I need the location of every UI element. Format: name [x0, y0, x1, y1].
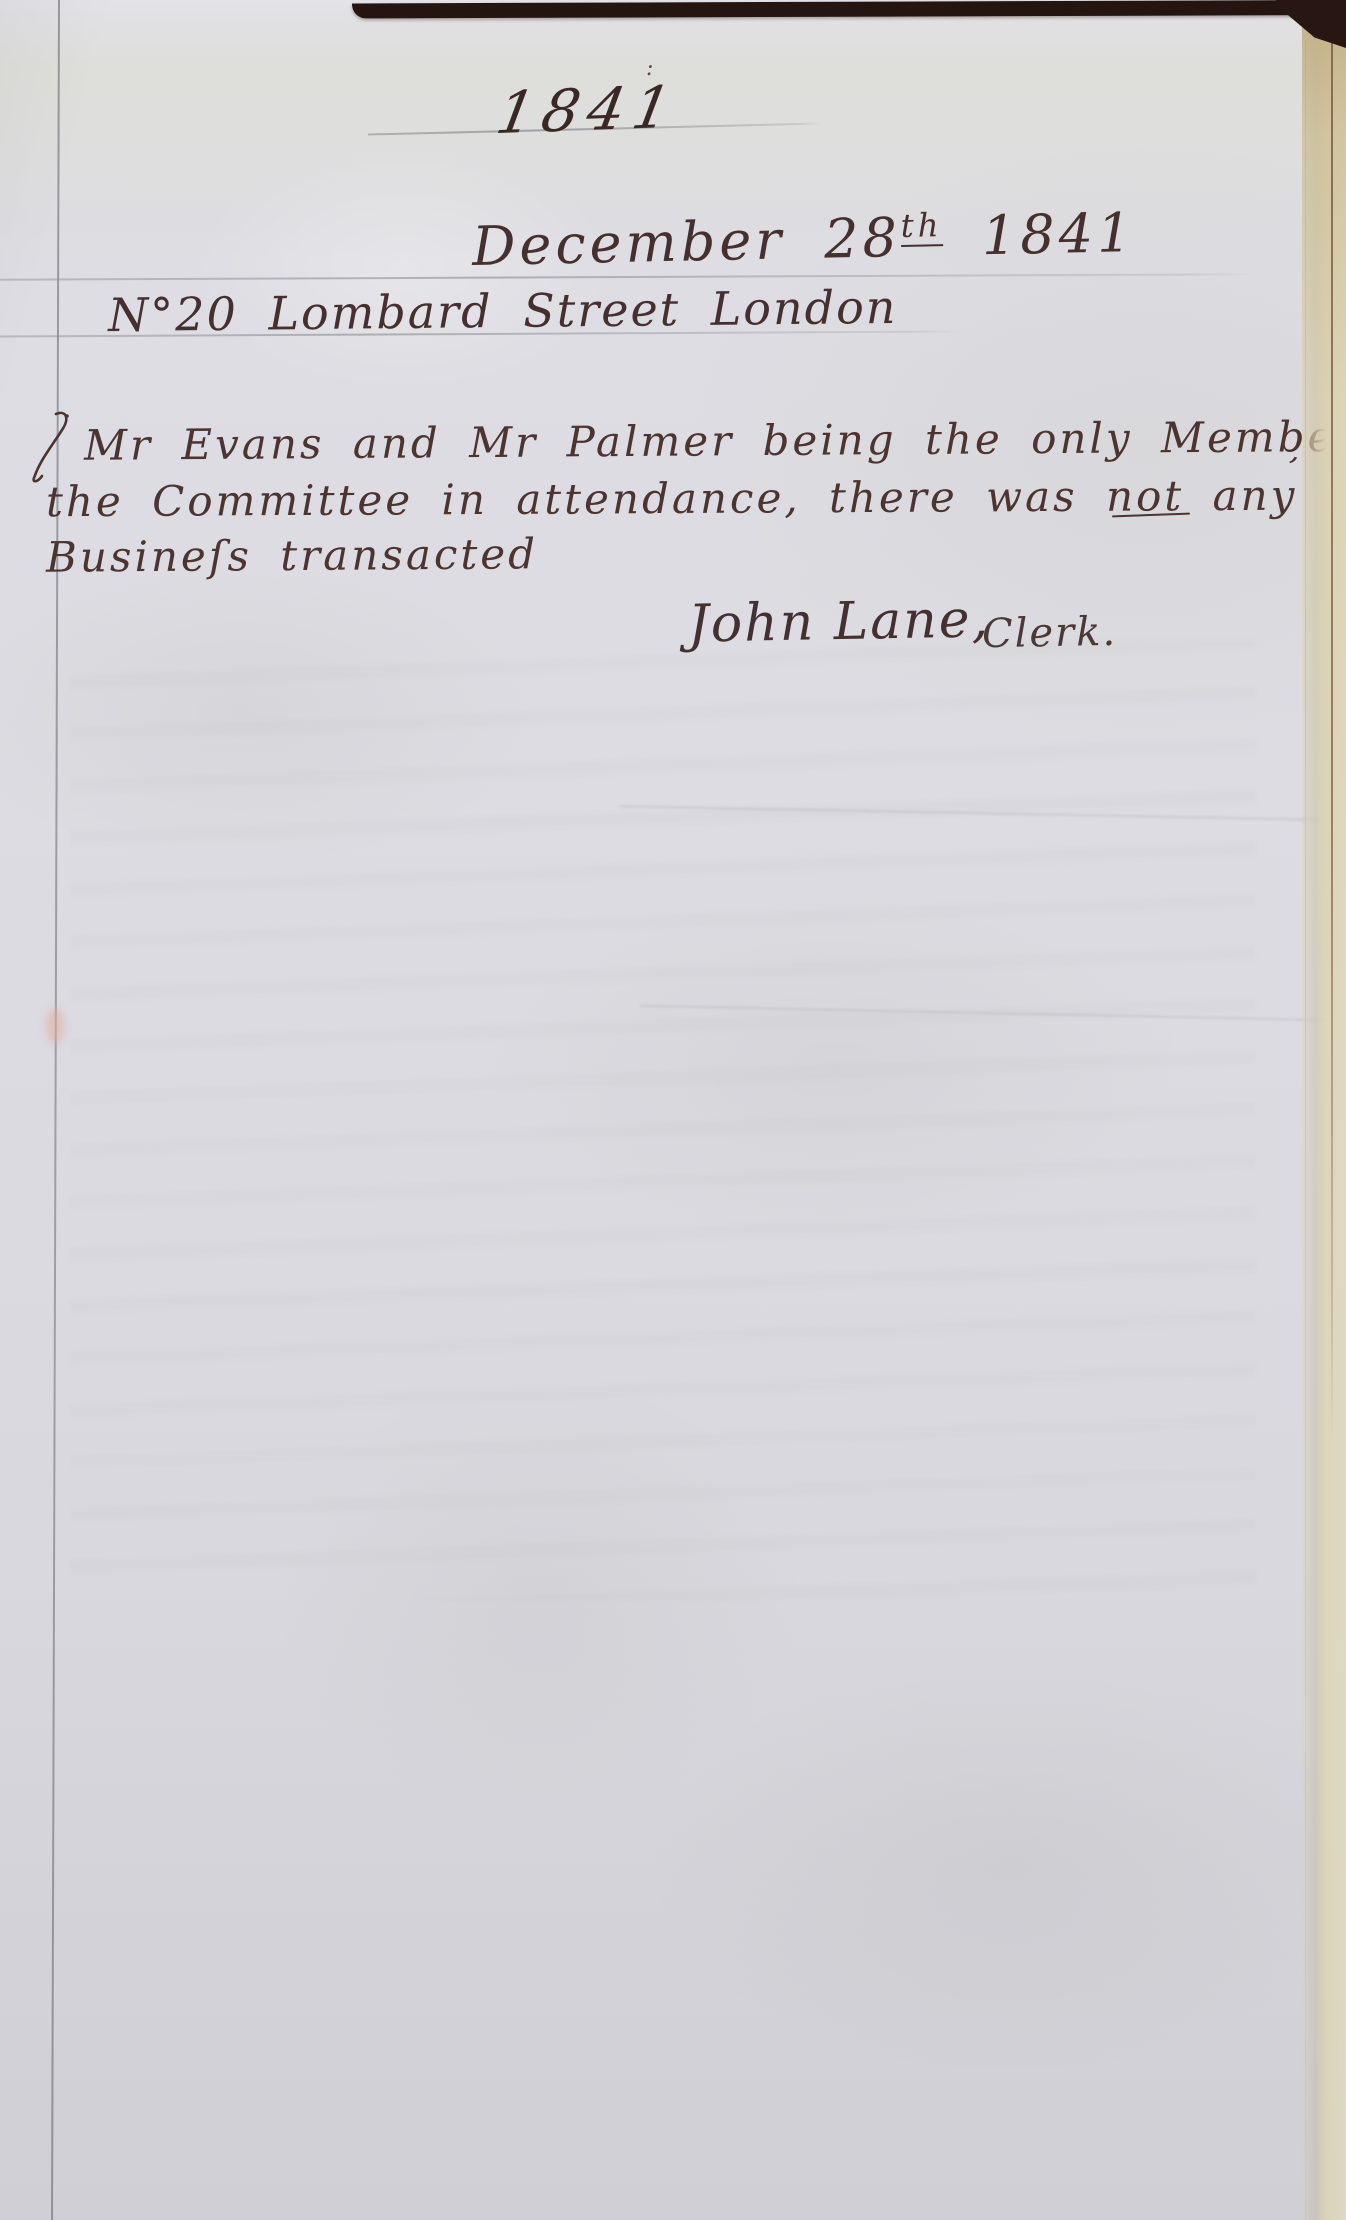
clerk-title: Clerk. [982, 609, 1118, 657]
margin-rule-line [51, 0, 60, 2220]
ink-showthrough [70, 640, 1256, 1600]
page-edge-line [1331, 42, 1333, 1442]
paper-crease [640, 1005, 1330, 1021]
date-text: December 28 [471, 206, 901, 278]
year-heading: 1841 [491, 73, 684, 147]
body-line: the Committee in attendance, there was n… [46, 471, 1298, 527]
body-line: Mr Evans and Mr Palmer being the only Me… [84, 411, 1346, 470]
book-fore-edge-shading [1302, 0, 1346, 2220]
book-top-edge [352, 0, 1346, 18]
address-line: N°20 Lombard Street London [108, 280, 898, 342]
stray-ink-mark: : [646, 56, 653, 81]
paper-crease [620, 805, 1320, 820]
ink-flourish-mark [26, 408, 72, 484]
date-line: December 28th 1841 [471, 201, 1136, 278]
date-ordinal-suffix: th [900, 206, 943, 247]
paper-stain [46, 1008, 64, 1044]
date-year: 1841 [942, 201, 1136, 268]
signature: John Lane, [687, 589, 990, 654]
manuscript-page: 1841 : December 28th 1841 N°20 Lombard S… [0, 0, 1346, 2220]
body-line: Busineſs transacted [46, 529, 538, 581]
